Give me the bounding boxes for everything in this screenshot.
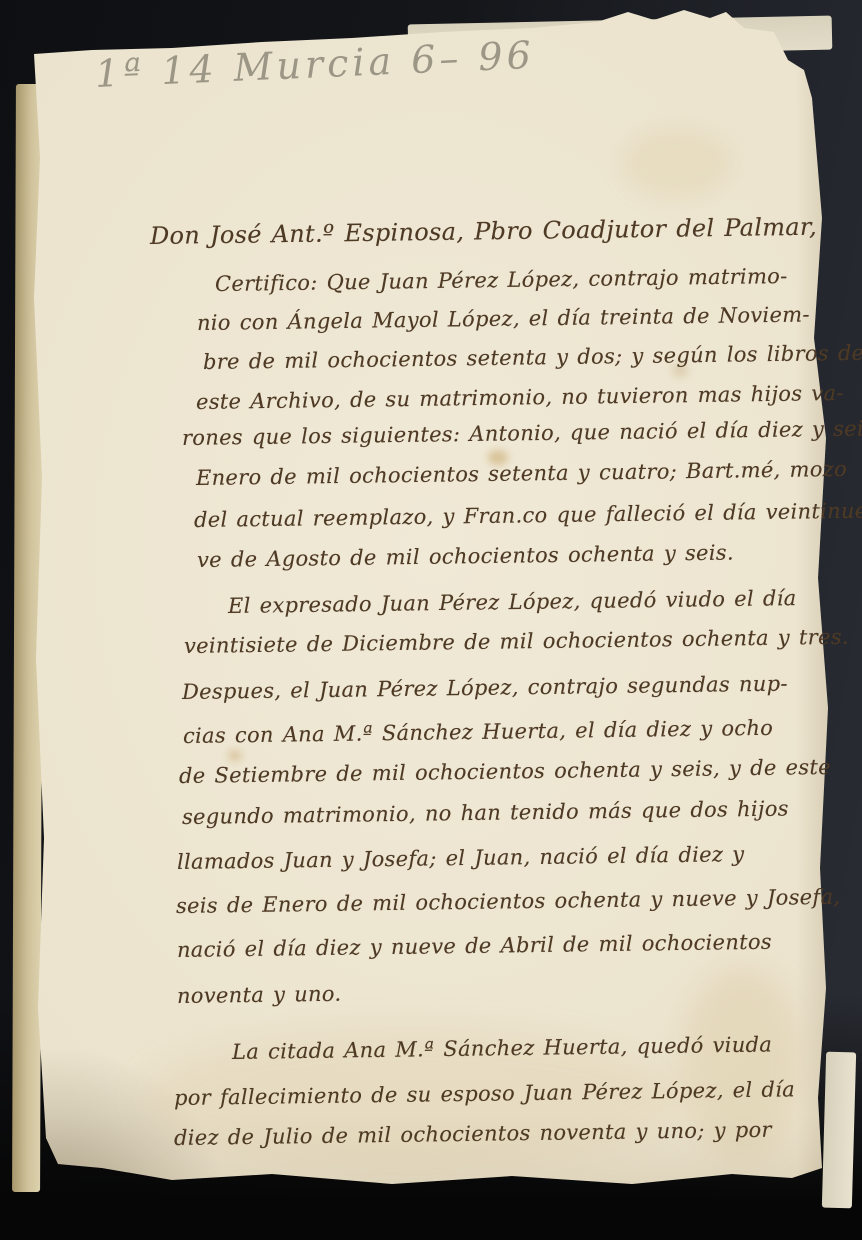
- handwritten-line: noventa y uno.: [177, 982, 342, 1008]
- handwritten-line: Don José Ant.º Espinosa, Pbro Coadjutor …: [150, 213, 817, 250]
- handwritten-line: bre de mil ochocientos setenta y dos; y …: [203, 341, 862, 374]
- handwritten-line: seis de Enero de mil ochocientos ochenta…: [176, 885, 841, 918]
- handwritten-line: veintisiete de Diciembre de mil ochocien…: [184, 625, 849, 658]
- handwritten-line: de Setiembre de mil ochocientos ochenta …: [179, 755, 831, 788]
- handwritten-line: Certifico: Que Juan Pérez López, contraj…: [215, 264, 788, 296]
- handwritten-line: rones que los siguientes: Antonio, que n…: [182, 416, 862, 450]
- handwritten-line: El expresado Juan Pérez López, quedó viu…: [228, 586, 797, 618]
- handwritten-line: por fallecimiento de su esposo Juan Pére…: [174, 1077, 795, 1110]
- handwritten-line: La citada Ana M.ª Sánchez Huerta, quedó …: [232, 1032, 772, 1064]
- handwritten-line: del actual reemplazo, y Fran.co que fall…: [194, 498, 862, 532]
- handwritten-line: ve de Agosto de mil ochocientos ochenta …: [197, 541, 734, 572]
- handwritten-line: cias con Ana M.ª Sánchez Huerta, el día …: [183, 716, 773, 748]
- pencil-annotation: 1ª 14 Murcia 6– 96: [94, 33, 536, 96]
- handwritten-line: Despues, el Juan Pérez López, contrajo s…: [182, 672, 788, 704]
- handwritten-line: segundo matrimonio, no han tenido más qu…: [182, 797, 789, 829]
- handwritten-line: nio con Ángela Mayol López, el día trein…: [197, 302, 810, 335]
- handwritten-line: diez de Julio de mil ochocientos noventa…: [174, 1118, 772, 1150]
- handwritten-line: Enero de mil ochocientos setenta y cuatr…: [196, 457, 847, 490]
- handwritten-line: nació el día diez y nueve de Abril de mi…: [177, 930, 772, 962]
- manuscript-text-layer: 1ª 14 Murcia 6– 96 Don José Ant.º Espino…: [0, 0, 862, 1240]
- handwritten-line: este Archivo, de su matrimonio, no tuvie…: [196, 381, 844, 414]
- handwritten-line: llamados Juan y Josefa; el Juan, nació e…: [177, 842, 745, 874]
